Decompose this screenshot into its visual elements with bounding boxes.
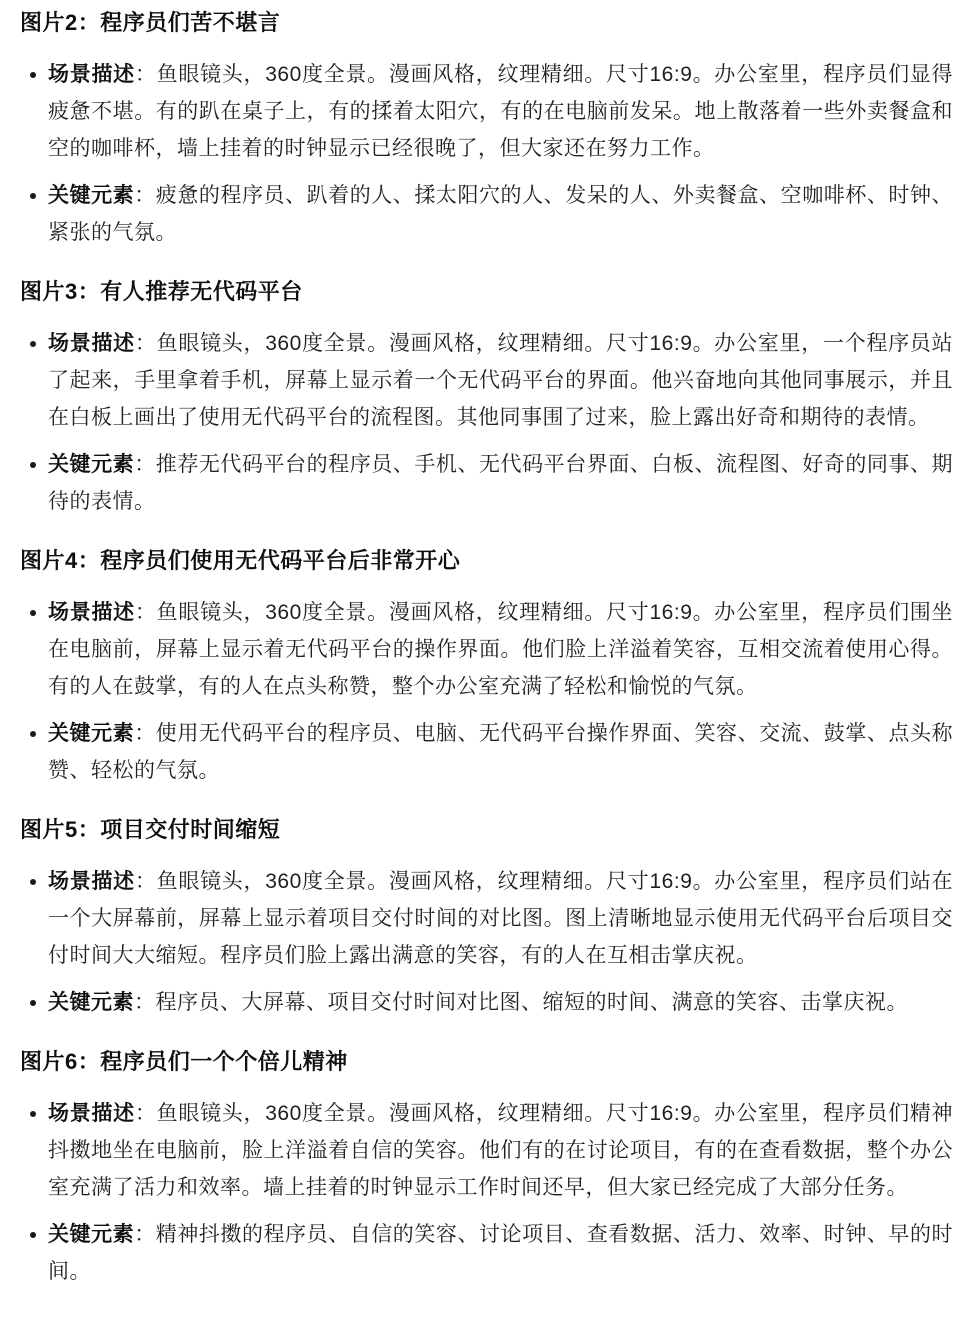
bullet-colon: ： bbox=[135, 870, 157, 893]
list-item-key-elements: 关键元素：疲惫的程序员、趴着的人、揉太阳穴的人、发呆的人、外卖餐盒、空咖啡杯、时… bbox=[48, 177, 953, 251]
section-image-3: 图片3：有人推荐无代码平台 场景描述：鱼眼镜头，360度全景。漫画风格，纹理精细… bbox=[20, 277, 953, 520]
section-image-5: 图片5：项目交付时间缩短 场景描述：鱼眼镜头，360度全景。漫画风格，纹理精细。… bbox=[20, 815, 953, 1021]
list-item-key-elements: 关键元素：程序员、大屏幕、项目交付时间对比图、缩短的时间、满意的笑容、击掌庆祝。 bbox=[48, 984, 953, 1021]
bullet-colon: ： bbox=[135, 63, 157, 86]
bullet-text: 鱼眼镜头，360度全景。漫画风格，纹理精细。尺寸16:9。办公室里，程序员们显得… bbox=[48, 63, 953, 160]
section-image-2: 图片2：程序员们苦不堪言 场景描述：鱼眼镜头，360度全景。漫画风格，纹理精细。… bbox=[20, 8, 953, 251]
list-item-scene: 场景描述：鱼眼镜头，360度全景。漫画风格，纹理精细。尺寸16:9。办公室里，程… bbox=[48, 56, 953, 167]
bullet-list: 场景描述：鱼眼镜头，360度全景。漫画风格，纹理精细。尺寸16:9。办公室里，程… bbox=[20, 1095, 953, 1290]
bullet-text: 鱼眼镜头，360度全景。漫画风格，纹理精细。尺寸16:9。办公室里，程序员们围坐… bbox=[48, 601, 953, 698]
bullet-text: 推荐无代码平台的程序员、手机、无代码平台界面、白板、流程图、好奇的同事、期待的表… bbox=[48, 453, 953, 513]
section-heading: 图片4：程序员们使用无代码平台后非常开心 bbox=[20, 546, 953, 576]
bullet-colon: ： bbox=[134, 722, 156, 745]
bullet-label: 场景描述 bbox=[48, 870, 135, 893]
bullet-colon: ： bbox=[135, 1102, 157, 1125]
bullet-colon: ： bbox=[135, 601, 157, 624]
list-item-key-elements: 关键元素：推荐无代码平台的程序员、手机、无代码平台界面、白板、流程图、好奇的同事… bbox=[48, 446, 953, 520]
list-item-scene: 场景描述：鱼眼镜头，360度全景。漫画风格，纹理精细。尺寸16:9。办公室里，一… bbox=[48, 325, 953, 436]
list-item-scene: 场景描述：鱼眼镜头，360度全景。漫画风格，纹理精细。尺寸16:9。办公室里，程… bbox=[48, 1095, 953, 1206]
bullet-text: 程序员、大屏幕、项目交付时间对比图、缩短的时间、满意的笑容、击掌庆祝。 bbox=[156, 991, 909, 1014]
list-item-key-elements: 关键元素：使用无代码平台的程序员、电脑、无代码平台操作界面、笑容、交流、鼓掌、点… bbox=[48, 715, 953, 789]
bullet-label: 场景描述 bbox=[48, 1102, 135, 1125]
list-item-key-elements: 关键元素：精神抖擞的程序员、自信的笑容、讨论项目、查看数据、活力、效率、时钟、早… bbox=[48, 1216, 953, 1290]
bullet-colon: ： bbox=[134, 184, 156, 207]
bullet-list: 场景描述：鱼眼镜头，360度全景。漫画风格，纹理精细。尺寸16:9。办公室里，一… bbox=[20, 325, 953, 520]
section-heading: 图片5：项目交付时间缩短 bbox=[20, 815, 953, 845]
bullet-label: 关键元素 bbox=[48, 1223, 134, 1246]
bullet-colon: ： bbox=[134, 1223, 156, 1246]
bullet-colon: ： bbox=[135, 332, 157, 355]
section-image-4: 图片4：程序员们使用无代码平台后非常开心 场景描述：鱼眼镜头，360度全景。漫画… bbox=[20, 546, 953, 789]
bullet-text: 使用无代码平台的程序员、电脑、无代码平台操作界面、笑容、交流、鼓掌、点头称赞、轻… bbox=[48, 722, 953, 782]
list-item-scene: 场景描述：鱼眼镜头，360度全景。漫画风格，纹理精细。尺寸16:9。办公室里，程… bbox=[48, 863, 953, 974]
bullet-list: 场景描述：鱼眼镜头，360度全景。漫画风格，纹理精细。尺寸16:9。办公室里，程… bbox=[20, 594, 953, 789]
bullet-text: 鱼眼镜头，360度全景。漫画风格，纹理精细。尺寸16:9。办公室里，程序员们站在… bbox=[48, 870, 953, 967]
bullet-label: 场景描述 bbox=[48, 332, 135, 355]
bullet-label: 关键元素 bbox=[48, 184, 134, 207]
document-body: 图片2：程序员们苦不堪言 场景描述：鱼眼镜头，360度全景。漫画风格，纹理精细。… bbox=[20, 8, 953, 1290]
bullet-label: 关键元素 bbox=[48, 991, 134, 1014]
section-heading: 图片3：有人推荐无代码平台 bbox=[20, 277, 953, 307]
section-heading: 图片2：程序员们苦不堪言 bbox=[20, 8, 953, 38]
bullet-text: 鱼眼镜头，360度全景。漫画风格，纹理精细。尺寸16:9。办公室里，程序员们精神… bbox=[48, 1102, 953, 1199]
bullet-label: 关键元素 bbox=[48, 722, 134, 745]
bullet-text: 疲惫的程序员、趴着的人、揉太阳穴的人、发呆的人、外卖餐盒、空咖啡杯、时钟、紧张的… bbox=[48, 184, 953, 244]
section-image-6: 图片6：程序员们一个个倍儿精神 场景描述：鱼眼镜头，360度全景。漫画风格，纹理… bbox=[20, 1047, 953, 1290]
bullet-label: 关键元素 bbox=[48, 453, 134, 476]
bullet-text: 鱼眼镜头，360度全景。漫画风格，纹理精细。尺寸16:9。办公室里，一个程序员站… bbox=[48, 332, 953, 429]
bullet-list: 场景描述：鱼眼镜头，360度全景。漫画风格，纹理精细。尺寸16:9。办公室里，程… bbox=[20, 863, 953, 1021]
bullet-label: 场景描述 bbox=[48, 601, 135, 624]
bullet-text: 精神抖擞的程序员、自信的笑容、讨论项目、查看数据、活力、效率、时钟、早的时间。 bbox=[48, 1223, 953, 1283]
bullet-label: 场景描述 bbox=[48, 63, 135, 86]
bullet-list: 场景描述：鱼眼镜头，360度全景。漫画风格，纹理精细。尺寸16:9。办公室里，程… bbox=[20, 56, 953, 251]
section-heading: 图片6：程序员们一个个倍儿精神 bbox=[20, 1047, 953, 1077]
list-item-scene: 场景描述：鱼眼镜头，360度全景。漫画风格，纹理精细。尺寸16:9。办公室里，程… bbox=[48, 594, 953, 705]
bullet-colon: ： bbox=[134, 453, 156, 476]
bullet-colon: ： bbox=[134, 991, 156, 1014]
